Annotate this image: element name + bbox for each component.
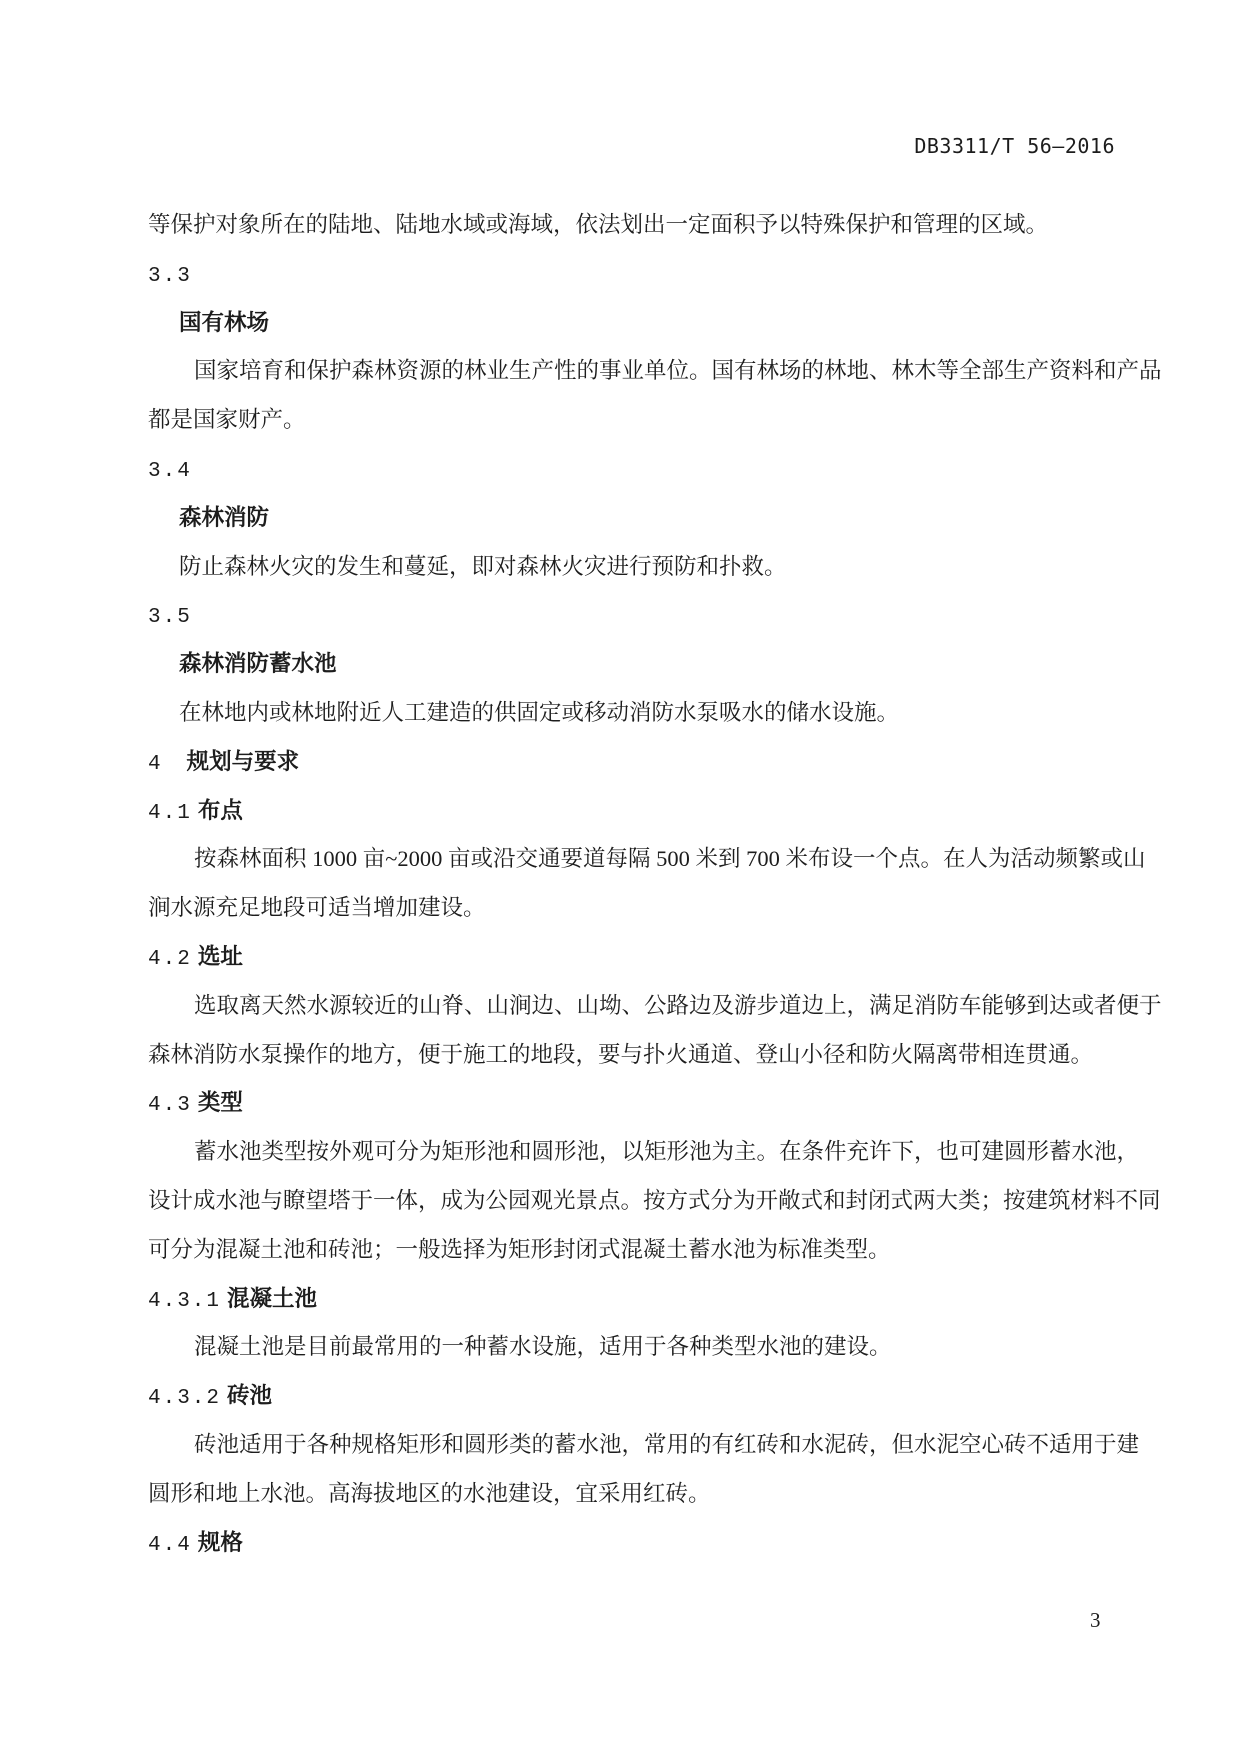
standard-code-header: DB3311/T 56—2016 [914,134,1115,158]
line-text: 森林消防蓄水池 [179,651,337,676]
line-text: 圆形和地上水池。高海拔地区的水池建设，宜采用红砖。 [148,1481,711,1506]
text-line: 森林消防 [148,494,1116,543]
line-text: 按森林面积 1000 亩~2000 亩或沿交通要道每隔 500 米到 700 米… [194,846,1146,871]
text-line: 3.5 [148,591,1116,640]
text-line: 等保护对象所在的陆地、陆地水域或海域，依法划出一定面积予以特殊保护和管理的区域。 [148,201,1116,250]
line-text: 防止森林火灾的发生和蔓延，即对森林火灾进行预防和扑救。 [179,554,787,579]
line-text: 布点 [198,798,243,823]
clause-number: 4 [148,753,163,776]
text-line: 在林地内或林地附近人工建造的供固定或移动消防水泵吸水的储水设施。 [148,689,1116,738]
document-page: DB3311/T 56—2016 等保护对象所在的陆地、陆地水域或海域，依法划出… [0,0,1241,1755]
text-line: 涧水源充足地段可适当增加建设。 [148,884,1116,933]
clause-number: 4.2 [148,948,192,971]
text-line: 国家培育和保护森林资源的林业生产性的事业单位。国有林场的林地、林木等全部生产资料… [148,347,1116,396]
text-line: 森林消防水泵操作的地方，便于施工的地段，要与扑火通道、登山小径和防火隔离带相连贯… [148,1031,1116,1080]
line-text: 国有林场 [179,310,269,335]
line-text: 规格 [198,1530,243,1555]
text-line: 选取离天然水源较近的山脊、山涧边、山坳、公路边及游步道边上，满足消防车能够到达或… [148,982,1116,1031]
text-line: 可分为混凝土池和砖池；一般选择为矩形封闭式混凝土蓄水池为标准类型。 [148,1226,1116,1275]
line-text: 可分为混凝土池和砖池；一般选择为矩形封闭式混凝土蓄水池为标准类型。 [148,1237,891,1262]
line-text: 混凝土池 [227,1286,317,1311]
line-text: 3.5 [148,606,192,629]
text-line: 4.2选址 [148,933,1116,982]
clause-number: 4.1 [148,802,192,825]
line-text: 砖池 [227,1383,272,1408]
line-text: 3.4 [148,460,192,483]
line-text: 蓄水池类型按外观可分为矩形池和圆形池，以矩形池为主。在条件充许下，也可建圆形蓄水… [194,1139,1139,1164]
text-line: 4规划与要求 [148,738,1116,787]
line-text: 类型 [198,1090,243,1115]
text-line: 3.3 [148,250,1116,299]
text-line: 防止森林火灾的发生和蔓延，即对森林火灾进行预防和扑救。 [148,543,1116,592]
line-text: 森林消防水泵操作的地方，便于施工的地段，要与扑火通道、登山小径和防火隔离带相连贯… [148,1042,1093,1067]
line-text: 在林地内或林地附近人工建造的供固定或移动消防水泵吸水的储水设施。 [179,700,899,725]
clause-number: 4.4 [148,1534,192,1557]
line-text: 等保护对象所在的陆地、陆地水域或海域，依法划出一定面积予以特殊保护和管理的区域。 [148,212,1048,237]
text-line: 蓄水池类型按外观可分为矩形池和圆形池，以矩形池为主。在条件充许下，也可建圆形蓄水… [148,1128,1116,1177]
text-line: 4.3.1混凝土池 [148,1275,1116,1324]
page-number: 3 [1090,1608,1101,1633]
line-text: 砖池适用于各种规格矩形和圆形类的蓄水池，常用的有红砖和水泥砖，但水泥空心砖不适用… [194,1432,1139,1457]
text-line: 4.3.2砖池 [148,1372,1116,1421]
text-line: 混凝土池是目前最常用的一种蓄水设施，适用于各种类型水池的建设。 [148,1323,1116,1372]
clause-number: 4.3 [148,1094,192,1117]
text-line: 4.1布点 [148,787,1116,836]
line-text: 3.3 [148,265,192,288]
line-text: 国家培育和保护森林资源的林业生产性的事业单位。国有林场的林地、林木等全部生产资料… [194,358,1162,383]
text-line: 砖池适用于各种规格矩形和圆形类的蓄水池，常用的有红砖和水泥砖，但水泥空心砖不适用… [148,1421,1116,1470]
line-text: 混凝土池是目前最常用的一种蓄水设施，适用于各种类型水池的建设。 [194,1334,892,1359]
text-line: 都是国家财产。 [148,396,1116,445]
text-line: 圆形和地上水池。高海拔地区的水池建设，宜采用红砖。 [148,1470,1116,1519]
line-text: 涧水源充足地段可适当增加建设。 [148,895,486,920]
clause-number: 4.3.1 [148,1290,221,1313]
line-text: 规划与要求 [187,749,300,774]
text-line: 3.4 [148,445,1116,494]
line-text: 森林消防 [179,505,269,530]
text-line: 4.4规格 [148,1519,1116,1568]
line-text: 都是国家财产。 [148,407,306,432]
text-line: 国有林场 [148,299,1116,348]
text-line: 4.3类型 [148,1079,1116,1128]
text-line: 按森林面积 1000 亩~2000 亩或沿交通要道每隔 500 米到 700 米… [148,835,1116,884]
line-text: 设计成水池与瞭望塔于一体，成为公园观光景点。按方式分为开敞式和封闭式两大类；按建… [148,1188,1161,1213]
text-line: 设计成水池与瞭望塔于一体，成为公园观光景点。按方式分为开敞式和封闭式两大类；按建… [148,1177,1116,1226]
line-text: 选址 [198,944,243,969]
line-text: 选取离天然水源较近的山脊、山涧边、山坳、公路边及游步道边上，满足消防车能够到达或… [194,993,1162,1018]
clause-number: 4.3.2 [148,1387,221,1410]
text-line: 森林消防蓄水池 [148,640,1116,689]
document-body: 等保护对象所在的陆地、陆地水域或海域，依法划出一定面积予以特殊保护和管理的区域。… [148,201,1116,1567]
